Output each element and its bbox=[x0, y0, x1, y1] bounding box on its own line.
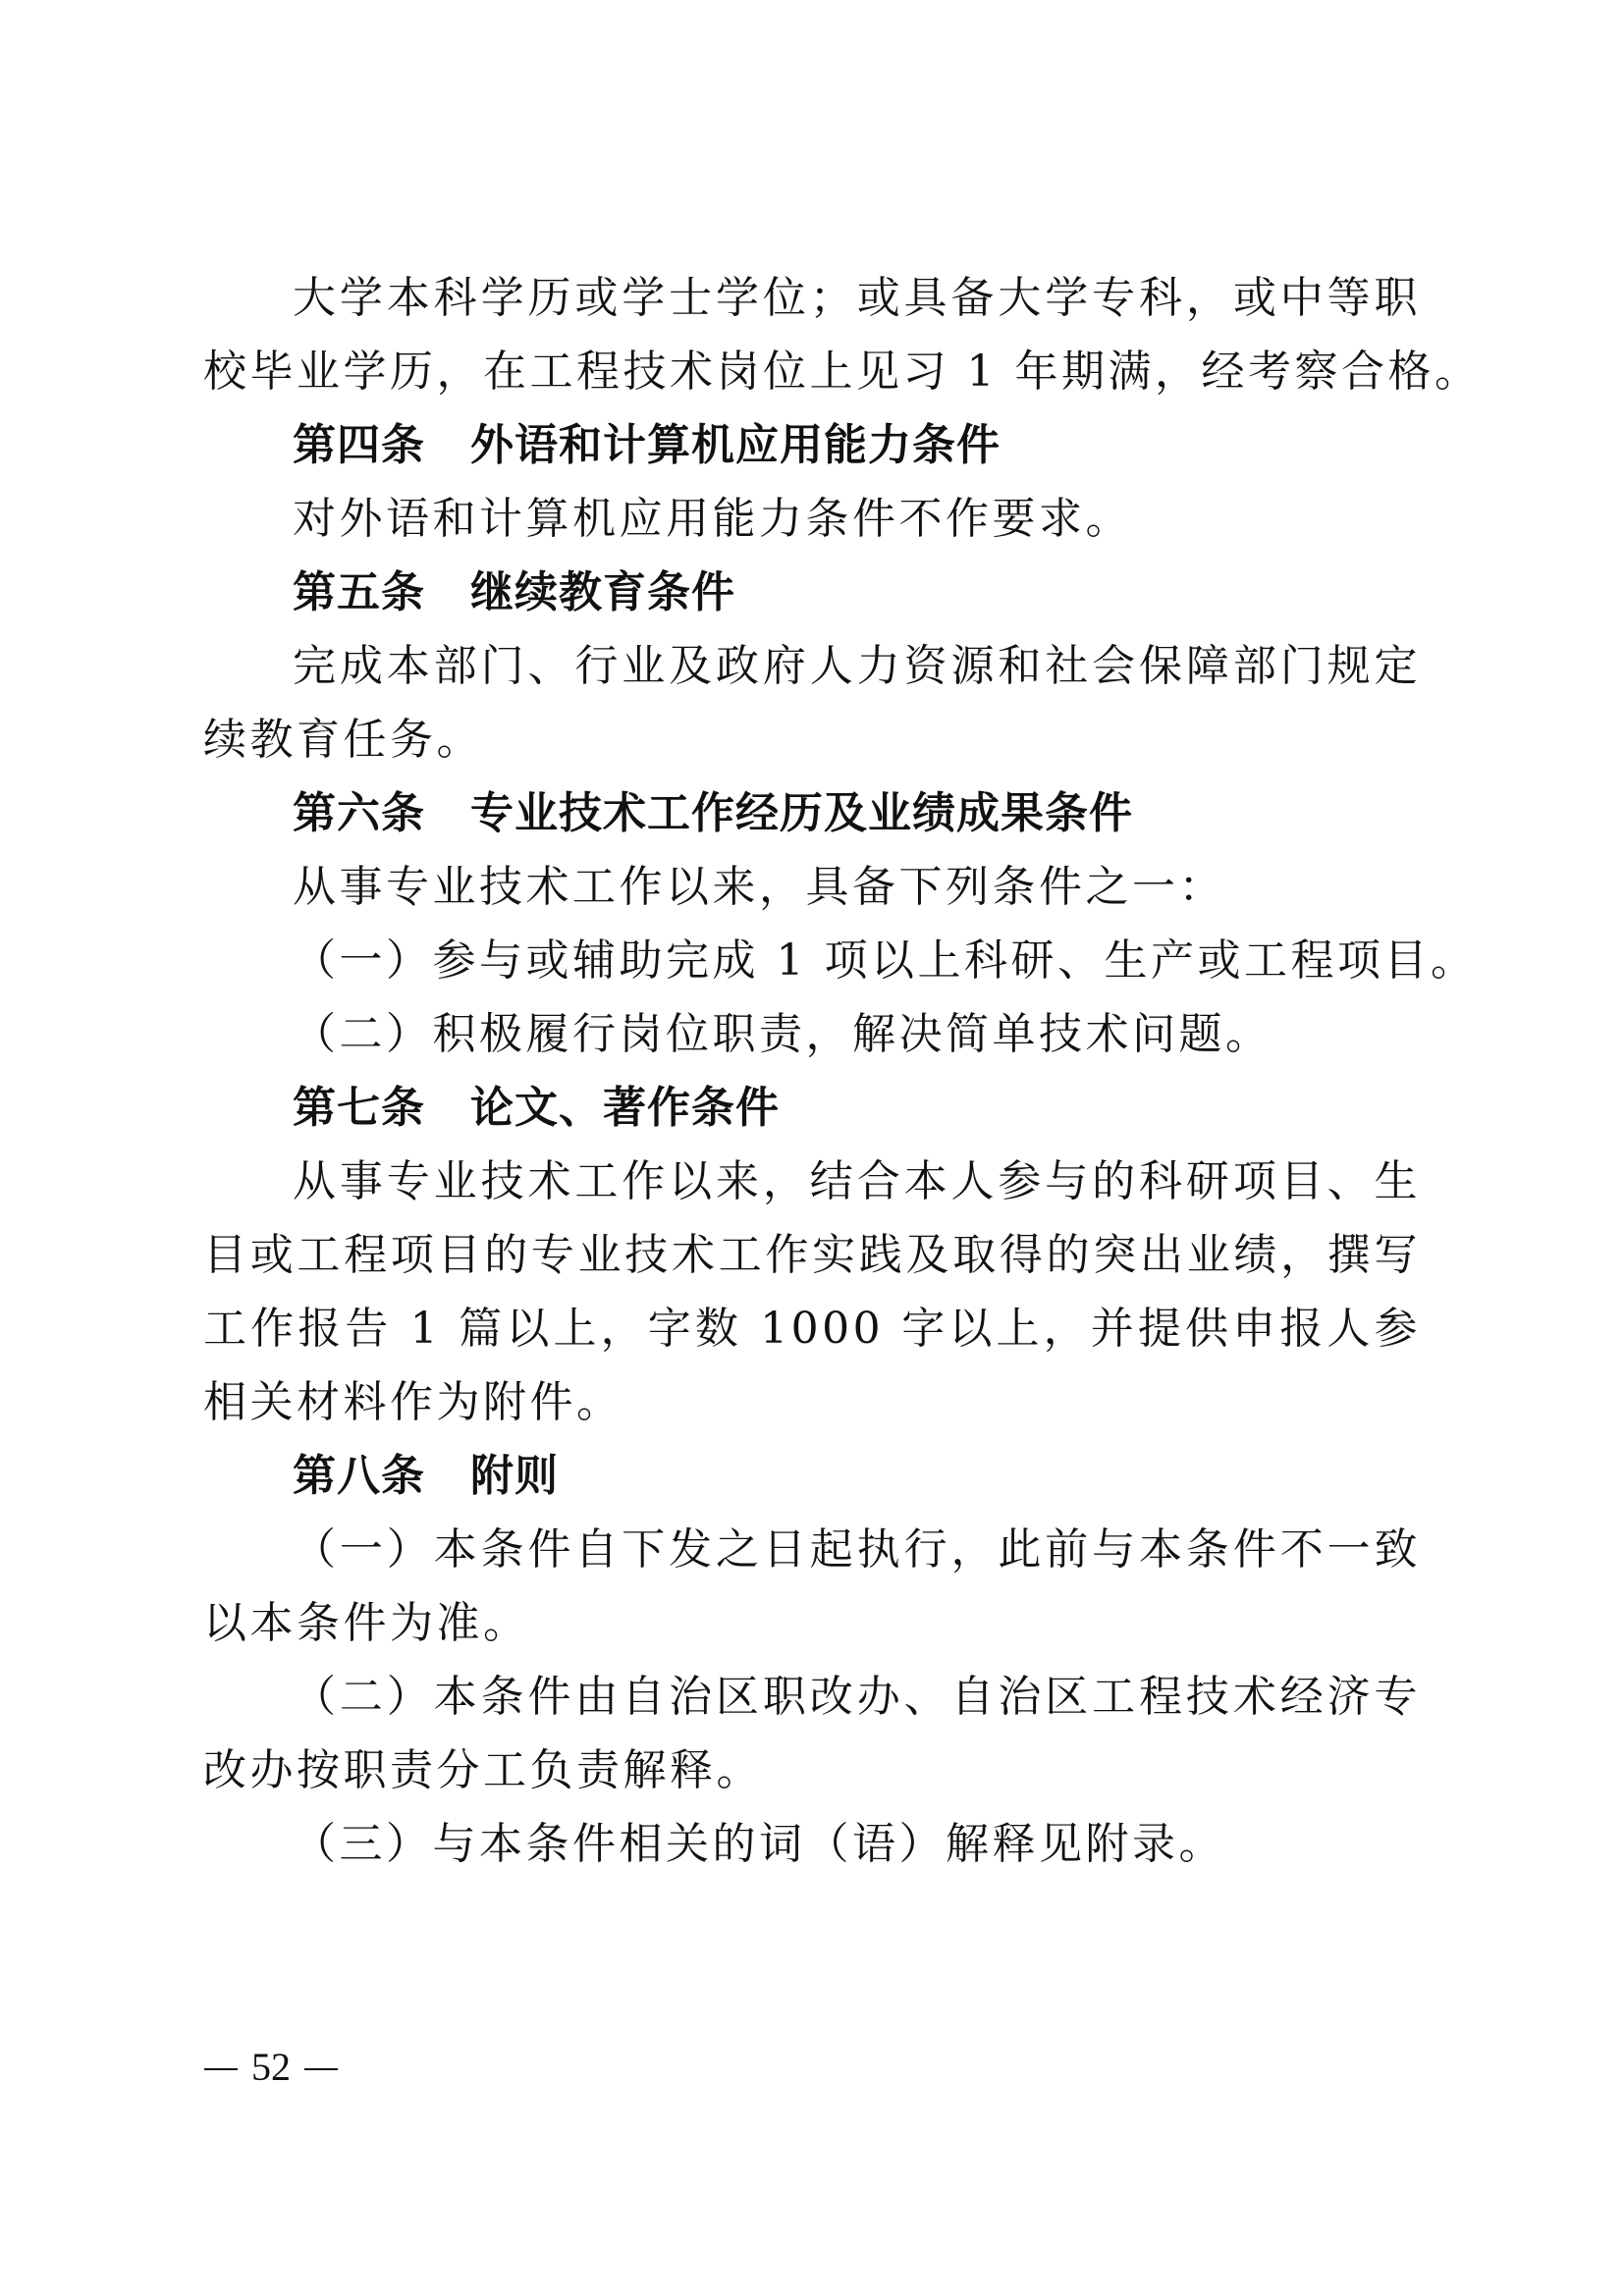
page-number: 52 bbox=[204, 2044, 352, 2090]
article-number: 第五条 bbox=[293, 567, 425, 617]
article-title: 继续教育条件 bbox=[470, 567, 735, 617]
article-number: 第六条 bbox=[293, 788, 425, 838]
article-heading-4: 第四条外语和计算机应用能力条件 bbox=[203, 408, 1421, 482]
paragraph-line: 大学本科学历或学士学位；或具备大学专科，或中等职业学 bbox=[203, 261, 1421, 335]
list-item: （二）本条件由自治区职改办、自治区工程技术经济专业职 bbox=[203, 1660, 1421, 1734]
paragraph-line: 改办按职责分工负责解释。 bbox=[203, 1734, 1421, 1807]
list-item: （一）本条件自下发之日起执行，此前与本条件不一致的， bbox=[203, 1513, 1421, 1586]
article-heading-7: 第七条论文、著作条件 bbox=[203, 1071, 1421, 1145]
article-number: 第八条 bbox=[293, 1451, 425, 1501]
list-item: （三）与本条件相关的词（语）解释见附录。 bbox=[203, 1807, 1421, 1881]
paragraph-line: 相关材料作为附件。 bbox=[203, 1365, 1421, 1439]
paragraph-line: 从事专业技术工作以来，结合本人参与的科研项目、生产项 bbox=[203, 1145, 1421, 1218]
article-title: 附则 bbox=[470, 1451, 559, 1501]
paragraph-line: 从事专业技术工作以来，具备下列条件之一： bbox=[203, 850, 1421, 924]
list-item: （一）参与或辅助完成 1 项以上科研、生产或工程项目。 bbox=[203, 924, 1421, 997]
paragraph-line: 校毕业学历，在工程技术岗位上见习 1 年期满，经考察合格。 bbox=[203, 335, 1421, 408]
page-number-value: 52 bbox=[251, 2045, 291, 2089]
article-number: 第七条 bbox=[293, 1083, 425, 1133]
article-heading-6: 第六条专业技术工作经历及业绩成果条件 bbox=[203, 776, 1421, 850]
paragraph-line: 目或工程项目的专业技术工作实践及取得的突出业绩，撰写技术 bbox=[203, 1218, 1421, 1292]
article-title: 外语和计算机应用能力条件 bbox=[470, 420, 1001, 470]
paragraph-line: 完成本部门、行业及政府人力资源和社会保障部门规定的继 bbox=[203, 629, 1421, 703]
paragraph-line: 以本条件为准。 bbox=[203, 1586, 1421, 1660]
dash-left bbox=[204, 2068, 238, 2070]
article-title: 专业技术工作经历及业绩成果条件 bbox=[470, 788, 1133, 838]
paragraph-line: 工作报告 1 篇以上，字数 1000 字以上，并提供申报人参与项目 bbox=[203, 1292, 1421, 1365]
article-heading-5: 第五条继续教育条件 bbox=[203, 556, 1421, 629]
article-number: 第四条 bbox=[293, 420, 425, 470]
article-heading-8: 第八条附则 bbox=[203, 1439, 1421, 1513]
document-body: 大学本科学历或学士学位；或具备大学专科，或中等职业学 校毕业学历，在工程技术岗位… bbox=[203, 261, 1421, 1881]
paragraph-line: 对外语和计算机应用能力条件不作要求。 bbox=[203, 482, 1421, 556]
document-page: 大学本科学历或学士学位；或具备大学专科，或中等职业学 校毕业学历，在工程技术岗位… bbox=[0, 0, 1624, 2296]
article-title: 论文、著作条件 bbox=[470, 1083, 780, 1133]
paragraph-line: 续教育任务。 bbox=[203, 703, 1421, 776]
dash-right bbox=[304, 2068, 338, 2070]
list-item: （二）积极履行岗位职责，解决简单技术问题。 bbox=[203, 997, 1421, 1071]
